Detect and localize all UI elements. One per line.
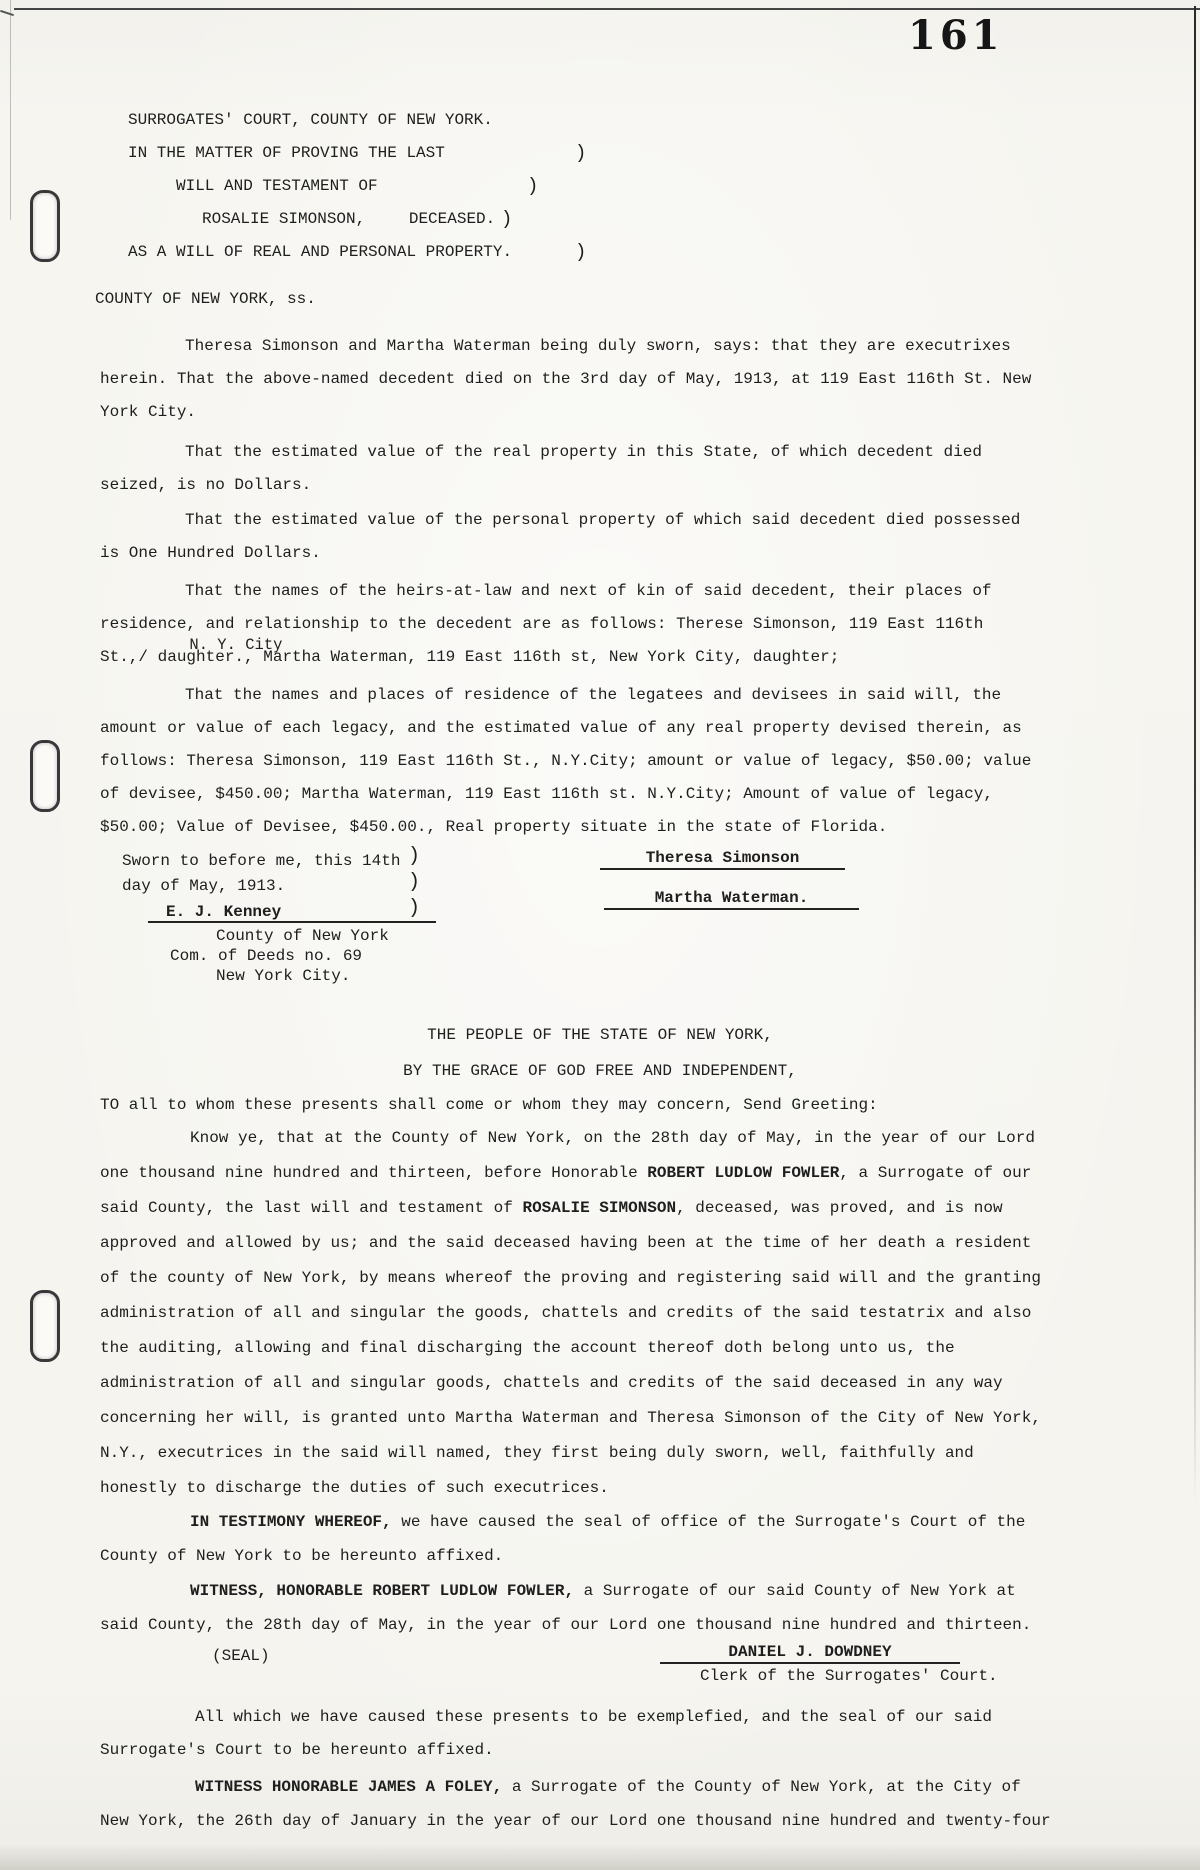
caption-bracket: )	[501, 203, 512, 236]
know-ye-paragraph: Know ye, that at the County of New York,…	[100, 1121, 1055, 1506]
hole-punch	[30, 740, 60, 812]
interlined-text: N. Y. City	[104, 629, 282, 662]
case-caption: SURROGATES' COURT, COUNTY OF NEW YORK. I…	[128, 104, 608, 269]
court-name: SURROGATES' COURT, COUNTY OF NEW YORK.	[128, 111, 493, 129]
caption-matter-line-2: WILL AND TESTAMENT OF )	[128, 170, 608, 203]
decedent-name: ROSALIE SIMONSON,	[202, 210, 365, 228]
letters-heading-grace: BY THE GRACE OF GOD FREE AND INDEPENDENT…	[100, 1062, 1100, 1080]
scan-edge-left	[10, 0, 11, 220]
interlineation: N. Y. City/	[138, 648, 148, 666]
affidavit-paragraph-legatees: That the names and places of residence o…	[100, 679, 1040, 844]
notary-commission: Com. of Deeds no. 69	[170, 947, 362, 965]
greeting-line: TO all to whom these presents shall come…	[100, 1096, 878, 1114]
affidavit-paragraph-sworn: Theresa Simonson and Martha Waterman bei…	[100, 330, 1040, 429]
clerk-title: Clerk of the Surrogates' Court.	[700, 1667, 998, 1685]
affidavit-paragraph-real-property: That the estimated value of the real pro…	[100, 436, 1040, 502]
caption-matter-line-1: IN THE MATTER OF PROVING THE LAST )	[128, 137, 608, 170]
caption-court-line: SURROGATES' COURT, COUNTY OF NEW YORK.	[128, 104, 608, 137]
scan-edge-bottom	[0, 1844, 1200, 1870]
jurat-bracket: )	[408, 845, 420, 868]
surrogate-name: ROBERT LUDLOW FOWLER	[647, 1164, 839, 1182]
jurat-bracket: )	[408, 871, 420, 894]
witness-fowler-paragraph: WITNESS, HONORABLE ROBERT LUDLOW FOWLER,…	[100, 1574, 1055, 1642]
scan-edge-right	[1194, 6, 1196, 1506]
affidavit-paragraph-personal-property: That the estimated value of the personal…	[100, 504, 1040, 570]
exemplification-paragraph: All which we have caused these presents …	[100, 1701, 1055, 1767]
hole-punch	[30, 1290, 60, 1362]
jurat-block: Sworn to before me, this 14th day of May…	[112, 845, 1172, 995]
testatrix-name: ROSALIE SIMONSON	[522, 1199, 676, 1217]
caption-bracket: )	[575, 236, 586, 269]
testimony-paragraph: IN TESTIMONY WHEREOF, we have caused the…	[100, 1505, 1055, 1573]
scanned-court-document-page: 161 SURROGATES' COURT, COUNTY OF NEW YOR…	[0, 0, 1200, 1870]
hole-punch	[30, 190, 60, 262]
scan-corner-mark	[0, 10, 14, 16]
affidavit-paragraph-heirs: That the names of the heirs-at-law and n…	[100, 575, 1040, 674]
notary-signature: E. J. Kenney	[148, 903, 436, 923]
signature-theresa-simonson: Theresa Simonson	[600, 849, 845, 870]
caption-bracket: )	[527, 170, 538, 203]
deceased-label: DECEASED.	[409, 210, 495, 228]
signature-martha-waterman: Martha Waterman.	[604, 889, 859, 910]
notary-county: County of New York	[216, 927, 389, 945]
caption-bracket: )	[575, 137, 586, 170]
scan-edge-top	[14, 8, 1200, 10]
seal-notation: (SEAL)	[212, 1647, 270, 1665]
venue-line: COUNTY OF NEW YORK, ss.	[95, 290, 316, 308]
sworn-statement: Sworn to before me, this 14th day of May…	[122, 849, 400, 899]
page-number: 161	[908, 12, 1004, 59]
clerk-signature: DANIEL J. DOWDNEY	[660, 1643, 960, 1664]
letters-heading-people: THE PEOPLE OF THE STATE OF NEW YORK,	[100, 1026, 1100, 1044]
notary-city: New York City.	[216, 967, 350, 985]
caption-decedent-line: ROSALIE SIMONSON, DECEASED. )	[128, 203, 608, 236]
witness-foley-paragraph: WITNESS HONORABLE JAMES A FOLEY, a Surro…	[100, 1770, 1055, 1838]
seal-and-clerk-block: (SEAL) DANIEL J. DOWDNEY Clerk of the Su…	[100, 1643, 1100, 1703]
caption-property-line: AS A WILL OF REAL AND PERSONAL PROPERTY.…	[128, 236, 608, 269]
